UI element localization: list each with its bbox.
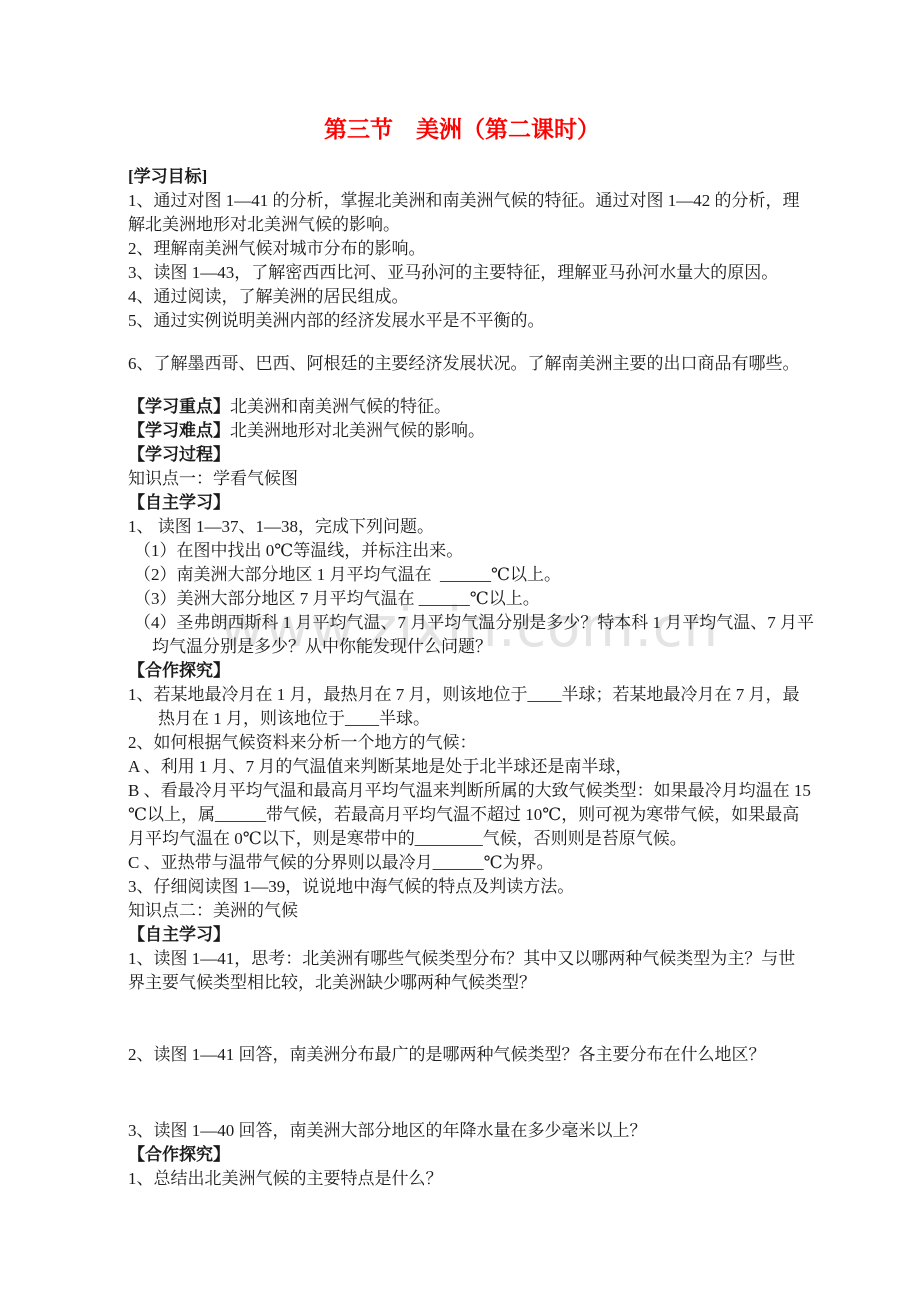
text-line: 热月在 1 月，则该地位于____半球。 (128, 707, 814, 731)
text-line: 【学习重点】北美洲和南美洲气候的特征。 (128, 395, 814, 419)
text-line: 1、总结出北美洲气候的主要特点是什么？ (128, 1167, 814, 1191)
text-line: 知识点一：学看气候图 (128, 467, 814, 491)
section-header: [学习目标] (128, 165, 814, 189)
text-line: 2、理解南美洲气候对城市分布的影响。 (128, 237, 814, 261)
text-line: 解北美洲地形对北美洲气候的影响。 (128, 213, 814, 237)
text-line: 1、若某地最冷月在 1 月，最热月在 7 月，则该地位于____半球；若某地最冷… (128, 683, 814, 707)
section-header: 【合作探究】 (128, 659, 814, 683)
text-line: 月平均气温在 0℃以下，则是寒带中的________气候，否则则是苔原气候。 (128, 827, 814, 851)
text-line: 2、读图 1—41 回答，南美洲分布最广的是哪两种气候类型？各主要分布在什么地区… (128, 1043, 814, 1067)
section-header: 【学习过程】 (128, 443, 814, 467)
text-line: （3）美洲大部分地区 7 月平均气温在 ______℃以上。 (128, 587, 814, 611)
text-line: 1、读图 1—41，思考：北美洲有哪些气候类型分布？其中又以哪两种气候类型为主？… (128, 947, 814, 971)
text-line: 【学习难点】北美洲地形对北美洲气候的影响。 (128, 419, 814, 443)
text-line: 3、仔细阅读图 1—39，说说地中海气候的特点及判读方法。 (128, 875, 814, 899)
text-line: C 、亚热带与温带气候的分界则以最冷月______℃为界。 (128, 851, 814, 875)
text-line: 6、了解墨西哥、巴西、阿根廷的主要经济发展状况。了解南美洲主要的出口商品有哪些。 (128, 352, 814, 376)
text-line: 1、通过对图 1—41 的分析，掌握北美洲和南美洲气候的特征。通过对图 1—42… (128, 189, 814, 213)
section-header: 【合作探究】 (128, 1143, 814, 1167)
text-line: 3、读图 1—40 回答，南美洲大部分地区的年降水量在多少毫米以上？ (128, 1119, 814, 1143)
section-header: 【自主学习】 (128, 491, 814, 515)
text-line: 5、通过实例说明美洲内部的经济发展水平是不平衡的。 (128, 309, 814, 333)
bold-label: 【学习重点】 (128, 397, 230, 416)
text-line: 3、读图 1—43，了解密西西比河、亚马孙河的主要特征，理解亚马孙河水量大的原因… (128, 261, 814, 285)
document-page: www.zixin.com.cn 第三节 美洲（第二课时） [学习目标]1、通过… (0, 0, 920, 1302)
line-text: 北美洲地形对北美洲气候的影响。 (230, 421, 485, 440)
document-body: [学习目标]1、通过对图 1—41 的分析，掌握北美洲和南美洲气候的特征。通过对… (128, 165, 814, 1191)
text-line: 4、通过阅读，了解美洲的居民组成。 (128, 285, 814, 309)
text-line: 知识点二：美洲的气候 (128, 899, 814, 923)
text-line: 1、 读图 1—37、1—38，完成下列问题。 (128, 515, 814, 539)
section-header: 【自主学习】 (128, 923, 814, 947)
text-line: （1）在图中找出 0℃等温线，并标注出来。 (128, 539, 814, 563)
text-line: （4）圣弗朗西斯科 1 月平均气温、7 月平均气温分别是多少？特本科 1 月平均… (128, 611, 814, 635)
page-title: 第三节 美洲（第二课时） (119, 114, 805, 146)
text-line: B 、看最冷月平均气温和最高月平均气温来判断所属的大致气候类型：如果最冷月均温在… (128, 779, 814, 803)
document-content: 第三节 美洲（第二课时） [学习目标]1、通过对图 1—41 的分析，掌握北美洲… (128, 0, 814, 1191)
text-line: ℃以上，属______带气候，若最高月平均气温不超过 10℃，则可视为寒带气候，… (128, 803, 814, 827)
text-line: 2、如何根据气候资料来分析一个地方的气候： (128, 731, 814, 755)
text-line: （2）南美洲大部分地区 1 月平均气温在 ______℃以上。 (128, 563, 814, 587)
bold-label: 【学习难点】 (128, 421, 230, 440)
text-line: 均气温分别是多少？从中你能发现什么问题？ (128, 635, 814, 659)
text-line: 界主要气候类型相比较，北美洲缺少哪两种气候类型？ (128, 971, 814, 995)
line-text: 北美洲和南美洲气候的特征。 (230, 397, 451, 416)
text-line: A 、利用 1 月、7 月的气温值来判断某地是处于北半球还是南半球， (128, 755, 814, 779)
